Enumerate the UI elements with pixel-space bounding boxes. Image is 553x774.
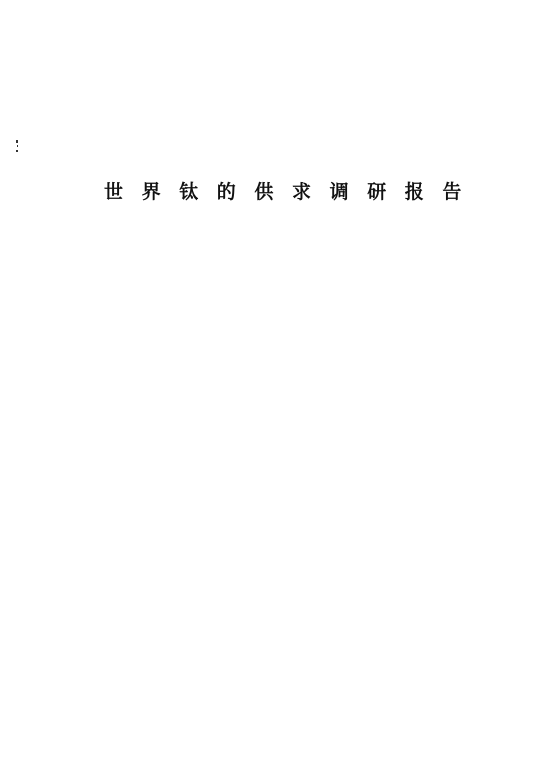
margin-mark (15, 140, 19, 154)
margin-dot (16, 150, 18, 152)
margin-dot (16, 140, 18, 143)
margin-dot (17, 145, 18, 147)
document-page: 世界钛的供求调研报告 (0, 0, 553, 774)
document-title: 世界钛的供求调研报告 (104, 180, 480, 204)
